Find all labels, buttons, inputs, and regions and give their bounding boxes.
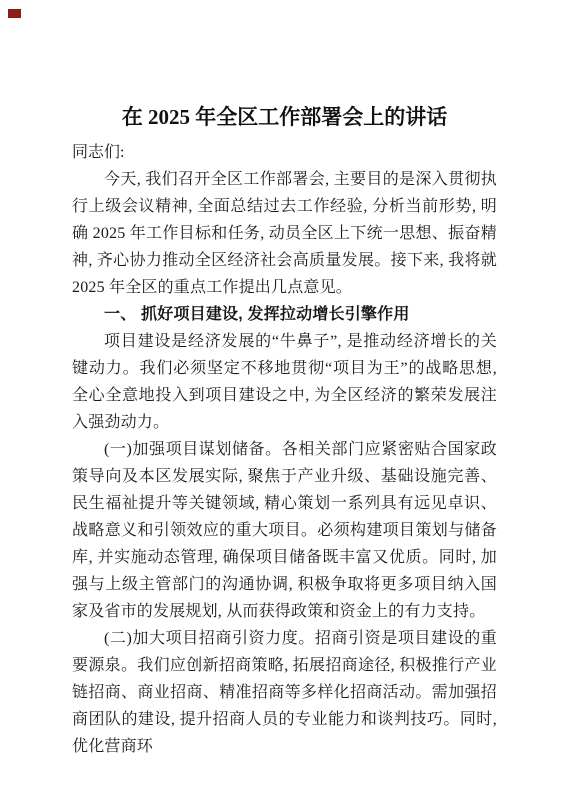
document-title: 在 2025 年全区工作部署会上的讲话 [72,104,497,130]
paragraph-intro: 今天, 我们召开全区工作部署会, 主要目的是深入贯彻执行上级会议精神, 全面总结… [72,166,497,301]
document-page: 在 2025 年全区工作部署会上的讲话 同志们: 今天, 我们召开全区工作部署会… [0,0,570,807]
red-corner-artifact [8,9,21,18]
paragraph-item-1-planning-reserve: (一)加强项目谋划储备。各相关部门应紧密贴合国家政策导向及本区发展实际, 聚焦于… [72,436,497,625]
paragraph-item-2-investment-attraction: (二)加大项目招商引资力度。招商引资是项目建设的重要源泉。我们应创新招商策略, … [72,625,497,760]
paragraph-project-construction: 项目建设是经济发展的“牛鼻子”, 是推动经济增长的关键动力。我们必须坚定不移地贯… [72,328,497,436]
section-heading-1: 一、 抓好项目建设, 发挥拉动增长引擎作用 [72,301,497,328]
document-body: 在 2025 年全区工作部署会上的讲话 同志们: 今天, 我们召开全区工作部署会… [0,0,570,760]
salutation: 同志们: [72,139,497,166]
